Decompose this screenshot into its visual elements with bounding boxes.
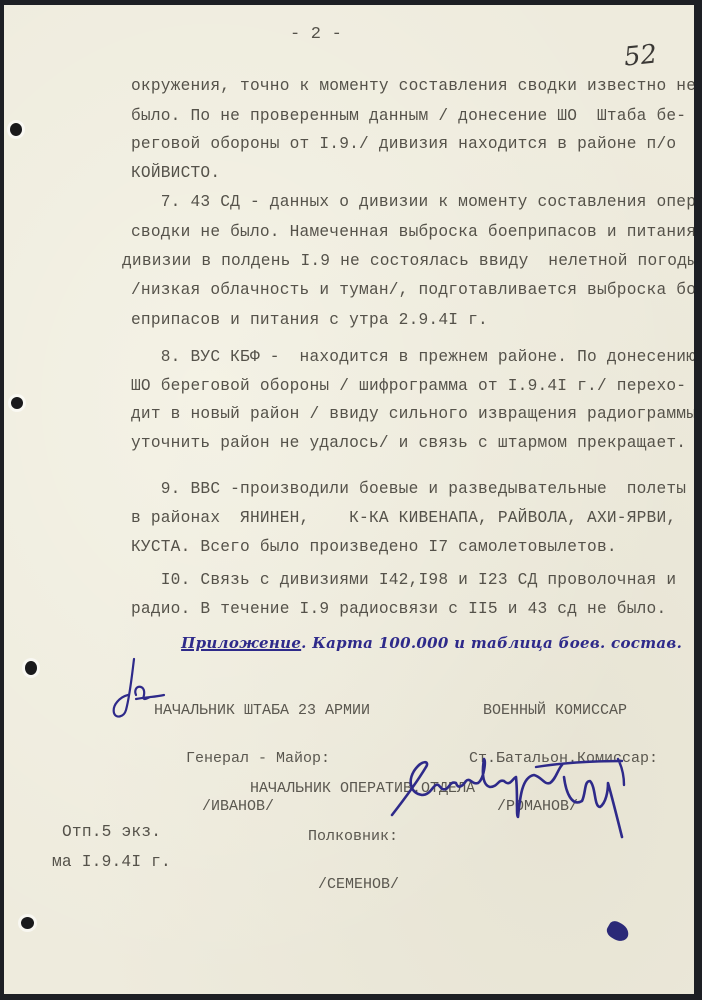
ink-blot-icon (604, 919, 632, 945)
body-line: реговой обороны от I.9./ дивизия находит… (131, 135, 676, 153)
commissar-title: ВОЕННЫЙ КОМИССАР (479, 703, 658, 719)
body-line: КОЙВИСТО. (131, 164, 220, 182)
page-number: - 2 - (290, 25, 342, 44)
body-line: 8. ВУС КБФ - находится в прежнем районе.… (131, 348, 694, 366)
body-line: окружения, точно к моменту составления с… (131, 77, 694, 95)
chief-of-staff-title: НАЧАЛЬНИК ШТАБА 23 АРМИИ (154, 703, 370, 719)
body-line: дит в новый район / ввиду сильного извра… (131, 405, 694, 423)
punch-hole-icon (25, 661, 37, 675)
body-line: в районах ЯНИНЕН, К-КА КИВЕНАПА, РАЙВОЛА… (131, 509, 676, 527)
punch-hole-icon (10, 123, 22, 136)
document-page: - 2 - 52 окружения, точно к моменту сост… (4, 5, 694, 994)
appendix-text: . Карта 100.000 и таблица боев. состав. (301, 634, 682, 652)
body-line: было. По не проверенным данным / донесен… (131, 107, 686, 125)
body-line: КУСТА. Всего было произведено I7 самолет… (131, 538, 617, 556)
body-line: 9. ВВС -производили боевые и разведывате… (131, 480, 686, 498)
body-line: уточнить район не удалось/ и связь с шта… (131, 434, 686, 452)
body-line: сводки не было. Намеченная выброска боеп… (131, 223, 694, 241)
date-note: ма I.9.4I г. (52, 853, 171, 871)
appendix-label: Приложение (181, 634, 301, 652)
operations-chief-signature-icon (386, 757, 636, 847)
body-line: дивизии в полдень I.9 не состоялась ввид… (122, 252, 694, 270)
archive-sheet-number: 52 (623, 39, 659, 72)
body-line: ШО береговой обороны / шифрограмма от I.… (131, 377, 686, 395)
chief-of-staff-signature-icon (106, 655, 166, 725)
punch-hole-icon (21, 917, 34, 929)
punch-hole-icon (11, 397, 23, 409)
operations-chief-name: /СЕМЕНОВ/ (250, 877, 475, 893)
appendix-note: Приложение. Карта 100.000 и таблица боев… (159, 616, 682, 670)
copies-note: Отп.5 экз. (62, 823, 161, 841)
body-line: /низкая облачность и туман/, подготавлив… (131, 281, 694, 299)
body-line: I0. Связь с дивизиями I42,I98 и I23 СД п… (131, 571, 676, 589)
body-line: еприпасов и питания с утра 2.9.4I г. (131, 311, 488, 329)
body-line: 7. 43 СД - данных о дивизии к моменту со… (131, 193, 694, 211)
